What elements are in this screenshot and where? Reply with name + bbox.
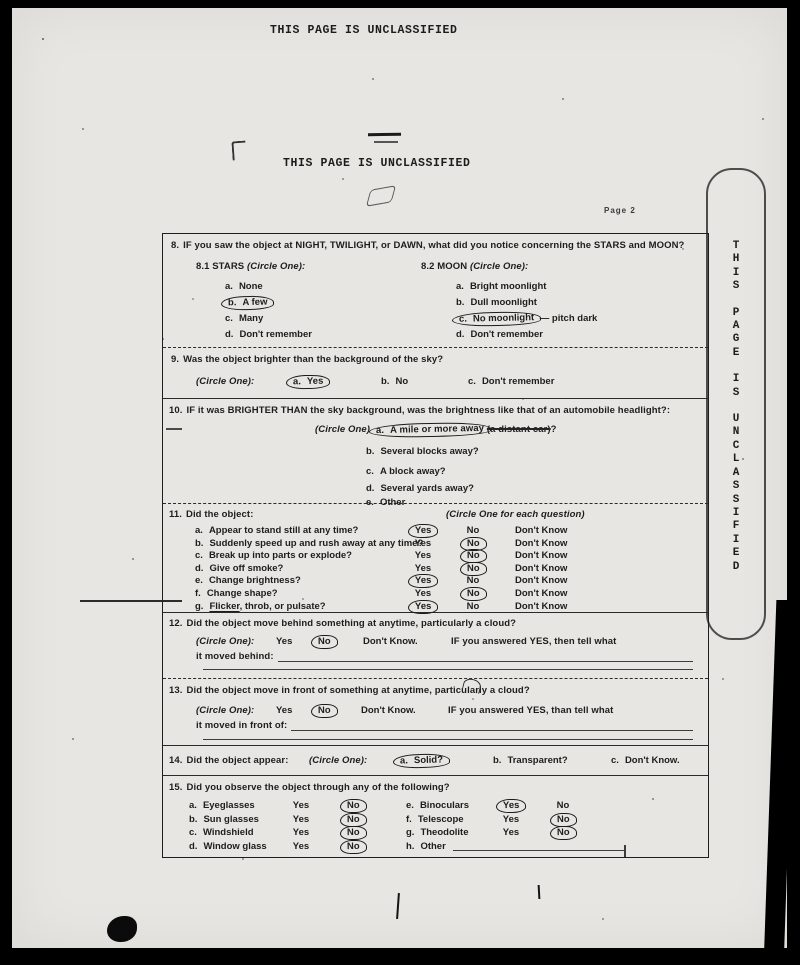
- paper-sheet: THIS PAGE IS UNCLASSIFIED THIS PAGE IS U…: [12, 8, 787, 948]
- q15-a-no[interactable]: No: [335, 800, 371, 811]
- option-q10-c[interactable]: c.A block away?: [366, 466, 446, 477]
- q11-e-no[interactable]: No: [453, 575, 493, 586]
- q11-a-yes[interactable]: Yes: [401, 525, 445, 536]
- option-stars-a-few[interactable]: b.A few: [225, 297, 312, 308]
- q11-c-dk[interactable]: Don't Know: [515, 550, 595, 561]
- option-moon-dull[interactable]: b.Dull moonlight: [456, 297, 597, 308]
- question-12-circle-one: (Circle One):: [196, 636, 254, 647]
- scan-edge-bottom: [0, 948, 800, 965]
- q11-c-yes[interactable]: Yes: [401, 550, 445, 561]
- q15-f-no[interactable]: No: [545, 814, 581, 825]
- q12-yes[interactable]: Yes: [276, 636, 292, 647]
- q11-b-dk[interactable]: Don't Know: [515, 538, 595, 549]
- q13-yes[interactable]: Yes: [276, 705, 292, 716]
- q15-a-yes[interactable]: Yes: [283, 800, 319, 811]
- question-11-instruction: (Circle One for each question): [446, 509, 585, 520]
- question-15-text: 15.Did you observe the object through an…: [169, 782, 450, 793]
- q11-a-dk[interactable]: Don't Know: [515, 525, 595, 536]
- scan-mark-dash-light: [374, 141, 398, 143]
- q11-f-yes[interactable]: Yes: [401, 588, 445, 599]
- option-q9-dont-remember[interactable]: c.Don't remember: [468, 376, 554, 387]
- q11-f-no[interactable]: No: [453, 588, 493, 599]
- scan-mark-tick-2: [538, 885, 541, 899]
- side-classification-box: THISPAGEISUNCLASSIFIED: [706, 168, 766, 640]
- q12-dk[interactable]: Don't Know.: [363, 636, 418, 647]
- option-q14-transparent[interactable]: b.Transparent?: [493, 755, 568, 766]
- q12-answer-line[interactable]: [278, 651, 693, 662]
- scan-smudge: [107, 916, 137, 942]
- q15-row-b-f: b.Sun glasses Yes No f.Telescope Yes No: [163, 814, 708, 828]
- page-number: Page 2: [604, 206, 636, 215]
- q11-row-e: e.Change brightness? Yes No Don't Know: [163, 575, 708, 588]
- q13-if-text: IF you answered YES, than tell what: [448, 705, 613, 716]
- question-9-text: 9.Was the object brighter than the backg…: [171, 354, 443, 365]
- scan-edge-top: [0, 0, 800, 8]
- q11-row-d: d.Give off smoke? Yes No Don't Know: [163, 563, 708, 576]
- q15-row-d-h: d.Window glass Yes No h.Other: [163, 841, 708, 855]
- scan-edge-right: [787, 0, 800, 965]
- q13-answer-line-2[interactable]: [203, 739, 693, 740]
- option-q14-solid[interactable]: a.Solid?: [397, 755, 446, 766]
- question-8-section: 8.IF you saw the object at NIGHT, TWILIG…: [163, 234, 708, 348]
- option-q10-a[interactable]: a.A mile or more away: [369, 422, 491, 439]
- q11-row-g: g.Flicker, throb, or pulsate? Yes No Don…: [163, 601, 708, 614]
- q11-row-a: a.Appear to stand still at any time? Yes…: [163, 525, 708, 538]
- q15-d-no[interactable]: No: [335, 841, 371, 852]
- q12-tell-row: it moved behind:: [196, 651, 693, 662]
- q11-c-no[interactable]: No: [453, 550, 493, 561]
- q15-g-yes[interactable]: Yes: [491, 827, 531, 838]
- scan-mark-dash: [368, 133, 401, 137]
- q15-other-line-tick: [624, 845, 626, 857]
- q11-e-yes[interactable]: Yes: [401, 575, 445, 586]
- question-10-answer-line: (Circle One) a.A mile or more away(a dis…: [315, 424, 557, 435]
- scan-noise-specks: [42, 38, 44, 40]
- q15-e-no[interactable]: No: [545, 800, 581, 811]
- q15-row-a-e: a.Eyeglasses Yes No e.Binoculars Yes No: [163, 800, 708, 814]
- question-12-section: 12.Did the object move behind something …: [163, 613, 708, 679]
- q11-g-no[interactable]: No: [453, 601, 493, 612]
- q15-b-yes[interactable]: Yes: [283, 814, 319, 825]
- classification-banner-mid: THIS PAGE IS UNCLASSIFIED: [283, 157, 471, 170]
- question-8-2-options: a.Bright moonlight b.Dull moonlight c.No…: [456, 281, 597, 340]
- q11-b-no[interactable]: No: [453, 538, 493, 549]
- question-15-section: 15.Did you observe the object through an…: [163, 776, 708, 857]
- q15-b-no[interactable]: No: [335, 814, 371, 825]
- q11-row-f: f.Change shape? Yes No Don't Know: [163, 588, 708, 601]
- question-11-text: 11.Did the object:: [169, 509, 253, 520]
- question-8-1-options: a.None b.A few c.Many d.Don't remember: [225, 281, 312, 340]
- question-11-section: 11.Did the object: (Circle One for each …: [163, 504, 708, 613]
- question-9-circle-one: (Circle One):: [196, 376, 254, 387]
- q11-b-yes[interactable]: Yes: [401, 538, 445, 549]
- q12-no[interactable]: No: [315, 636, 334, 647]
- q11-a-no[interactable]: No: [453, 525, 493, 536]
- q15-c-yes[interactable]: Yes: [283, 827, 319, 838]
- option-q10-d[interactable]: d.Several yards away?: [366, 483, 474, 494]
- option-stars-many[interactable]: c.Many: [225, 313, 312, 324]
- question-10-text: 10.IF it was BRIGHTER THAN the sky backg…: [169, 405, 670, 416]
- q11-g-yes[interactable]: Yes: [401, 601, 445, 612]
- option-q9-yes[interactable]: a.Yes: [290, 376, 326, 387]
- q11-row-c: c.Break up into parts or explode? Yes No…: [163, 550, 708, 563]
- question-10-section: 10.IF it was BRIGHTER THAN the sky backg…: [163, 399, 708, 504]
- scan-mark-bracket: [231, 141, 246, 161]
- option-q9-no[interactable]: b.No: [381, 376, 408, 387]
- question-8-text: 8.IF you saw the object at NIGHT, TWILIG…: [171, 240, 684, 251]
- q12-if-text: IF you answered YES, then tell what: [451, 636, 616, 647]
- q12-answer-line-2[interactable]: [203, 669, 693, 670]
- q11-e-dk[interactable]: Don't Know: [515, 575, 595, 586]
- q11-g-dk[interactable]: Don't Know: [515, 601, 595, 612]
- q15-d-yes[interactable]: Yes: [283, 841, 319, 852]
- question-11-rows: a.Appear to stand still at any time? Yes…: [163, 525, 708, 613]
- q15-other-line[interactable]: [453, 850, 625, 851]
- q15-f-yes[interactable]: Yes: [491, 814, 531, 825]
- scan-mark-tick-1: [396, 893, 400, 919]
- scanned-document-page: { "page": { "classification_top": "THIS …: [0, 0, 800, 965]
- q15-e-yes[interactable]: Yes: [491, 800, 531, 811]
- q15-c-no[interactable]: No: [335, 827, 371, 838]
- q11-d-no[interactable]: No: [453, 563, 493, 574]
- q11-d-dk[interactable]: Don't Know: [515, 563, 595, 574]
- classification-banner-top: THIS PAGE IS UNCLASSIFIED: [270, 24, 458, 37]
- question-14-circle-one: (Circle One):: [309, 755, 367, 766]
- question-14-section: 14.Did the object appear: (Circle One): …: [163, 746, 708, 776]
- q11-f-dk[interactable]: Don't Know: [515, 588, 595, 599]
- question-8-number: 8.: [171, 240, 179, 251]
- side-classification-text: THISPAGEISUNCLASSIFIED: [708, 240, 764, 574]
- option-q10-b[interactable]: b.Several blocks away?: [366, 446, 479, 457]
- scan-mark-doodle: [366, 185, 396, 207]
- q13-answer-line[interactable]: [291, 720, 693, 731]
- struck-text: (a distant car): [487, 424, 551, 435]
- scan-edge-left: [0, 0, 12, 965]
- option-stars-none[interactable]: a.None: [225, 281, 312, 292]
- q11-row-b: b.Suddenly speed up and rush away at any…: [163, 538, 708, 551]
- q13-dk[interactable]: Don't Know.: [361, 705, 416, 716]
- option-moon-bright[interactable]: a.Bright moonlight: [456, 281, 597, 292]
- question-13-section: 13.Did the object move in front of somet…: [163, 679, 708, 746]
- question-13-circle-one: (Circle One):: [196, 705, 254, 716]
- q15-g-no[interactable]: No: [545, 827, 581, 838]
- option-moon-none[interactable]: c.No moonlight — pitch dark: [456, 313, 597, 324]
- question-8-1-label: 8.1 STARS (Circle One):: [196, 261, 305, 272]
- question-8-2-label: 8.2 MOON (Circle One):: [421, 261, 528, 272]
- question-12-text: 12.Did the object move behind something …: [169, 618, 516, 629]
- option-moon-dont-remember[interactable]: d.Don't remember: [456, 329, 597, 340]
- q13-no[interactable]: No: [315, 705, 334, 716]
- q11-d-yes[interactable]: Yes: [401, 563, 445, 574]
- q15-row-c-g: c.Windshield Yes No g.Theodolite Yes No: [163, 827, 708, 841]
- q13-tell-row: it moved in front of:: [196, 720, 693, 731]
- question-14-text: 14.Did the object appear:: [169, 755, 288, 766]
- question-15-grid: a.Eyeglasses Yes No e.Binoculars Yes No …: [163, 800, 708, 854]
- option-q14-dont-know[interactable]: c.Don't Know.: [611, 755, 680, 766]
- questionnaire-form: 8.IF you saw the object at NIGHT, TWILIG…: [162, 233, 709, 858]
- option-stars-dont-remember[interactable]: d.Don't remember: [225, 329, 312, 340]
- question-9-section: 9.Was the object brighter than the backg…: [163, 348, 708, 399]
